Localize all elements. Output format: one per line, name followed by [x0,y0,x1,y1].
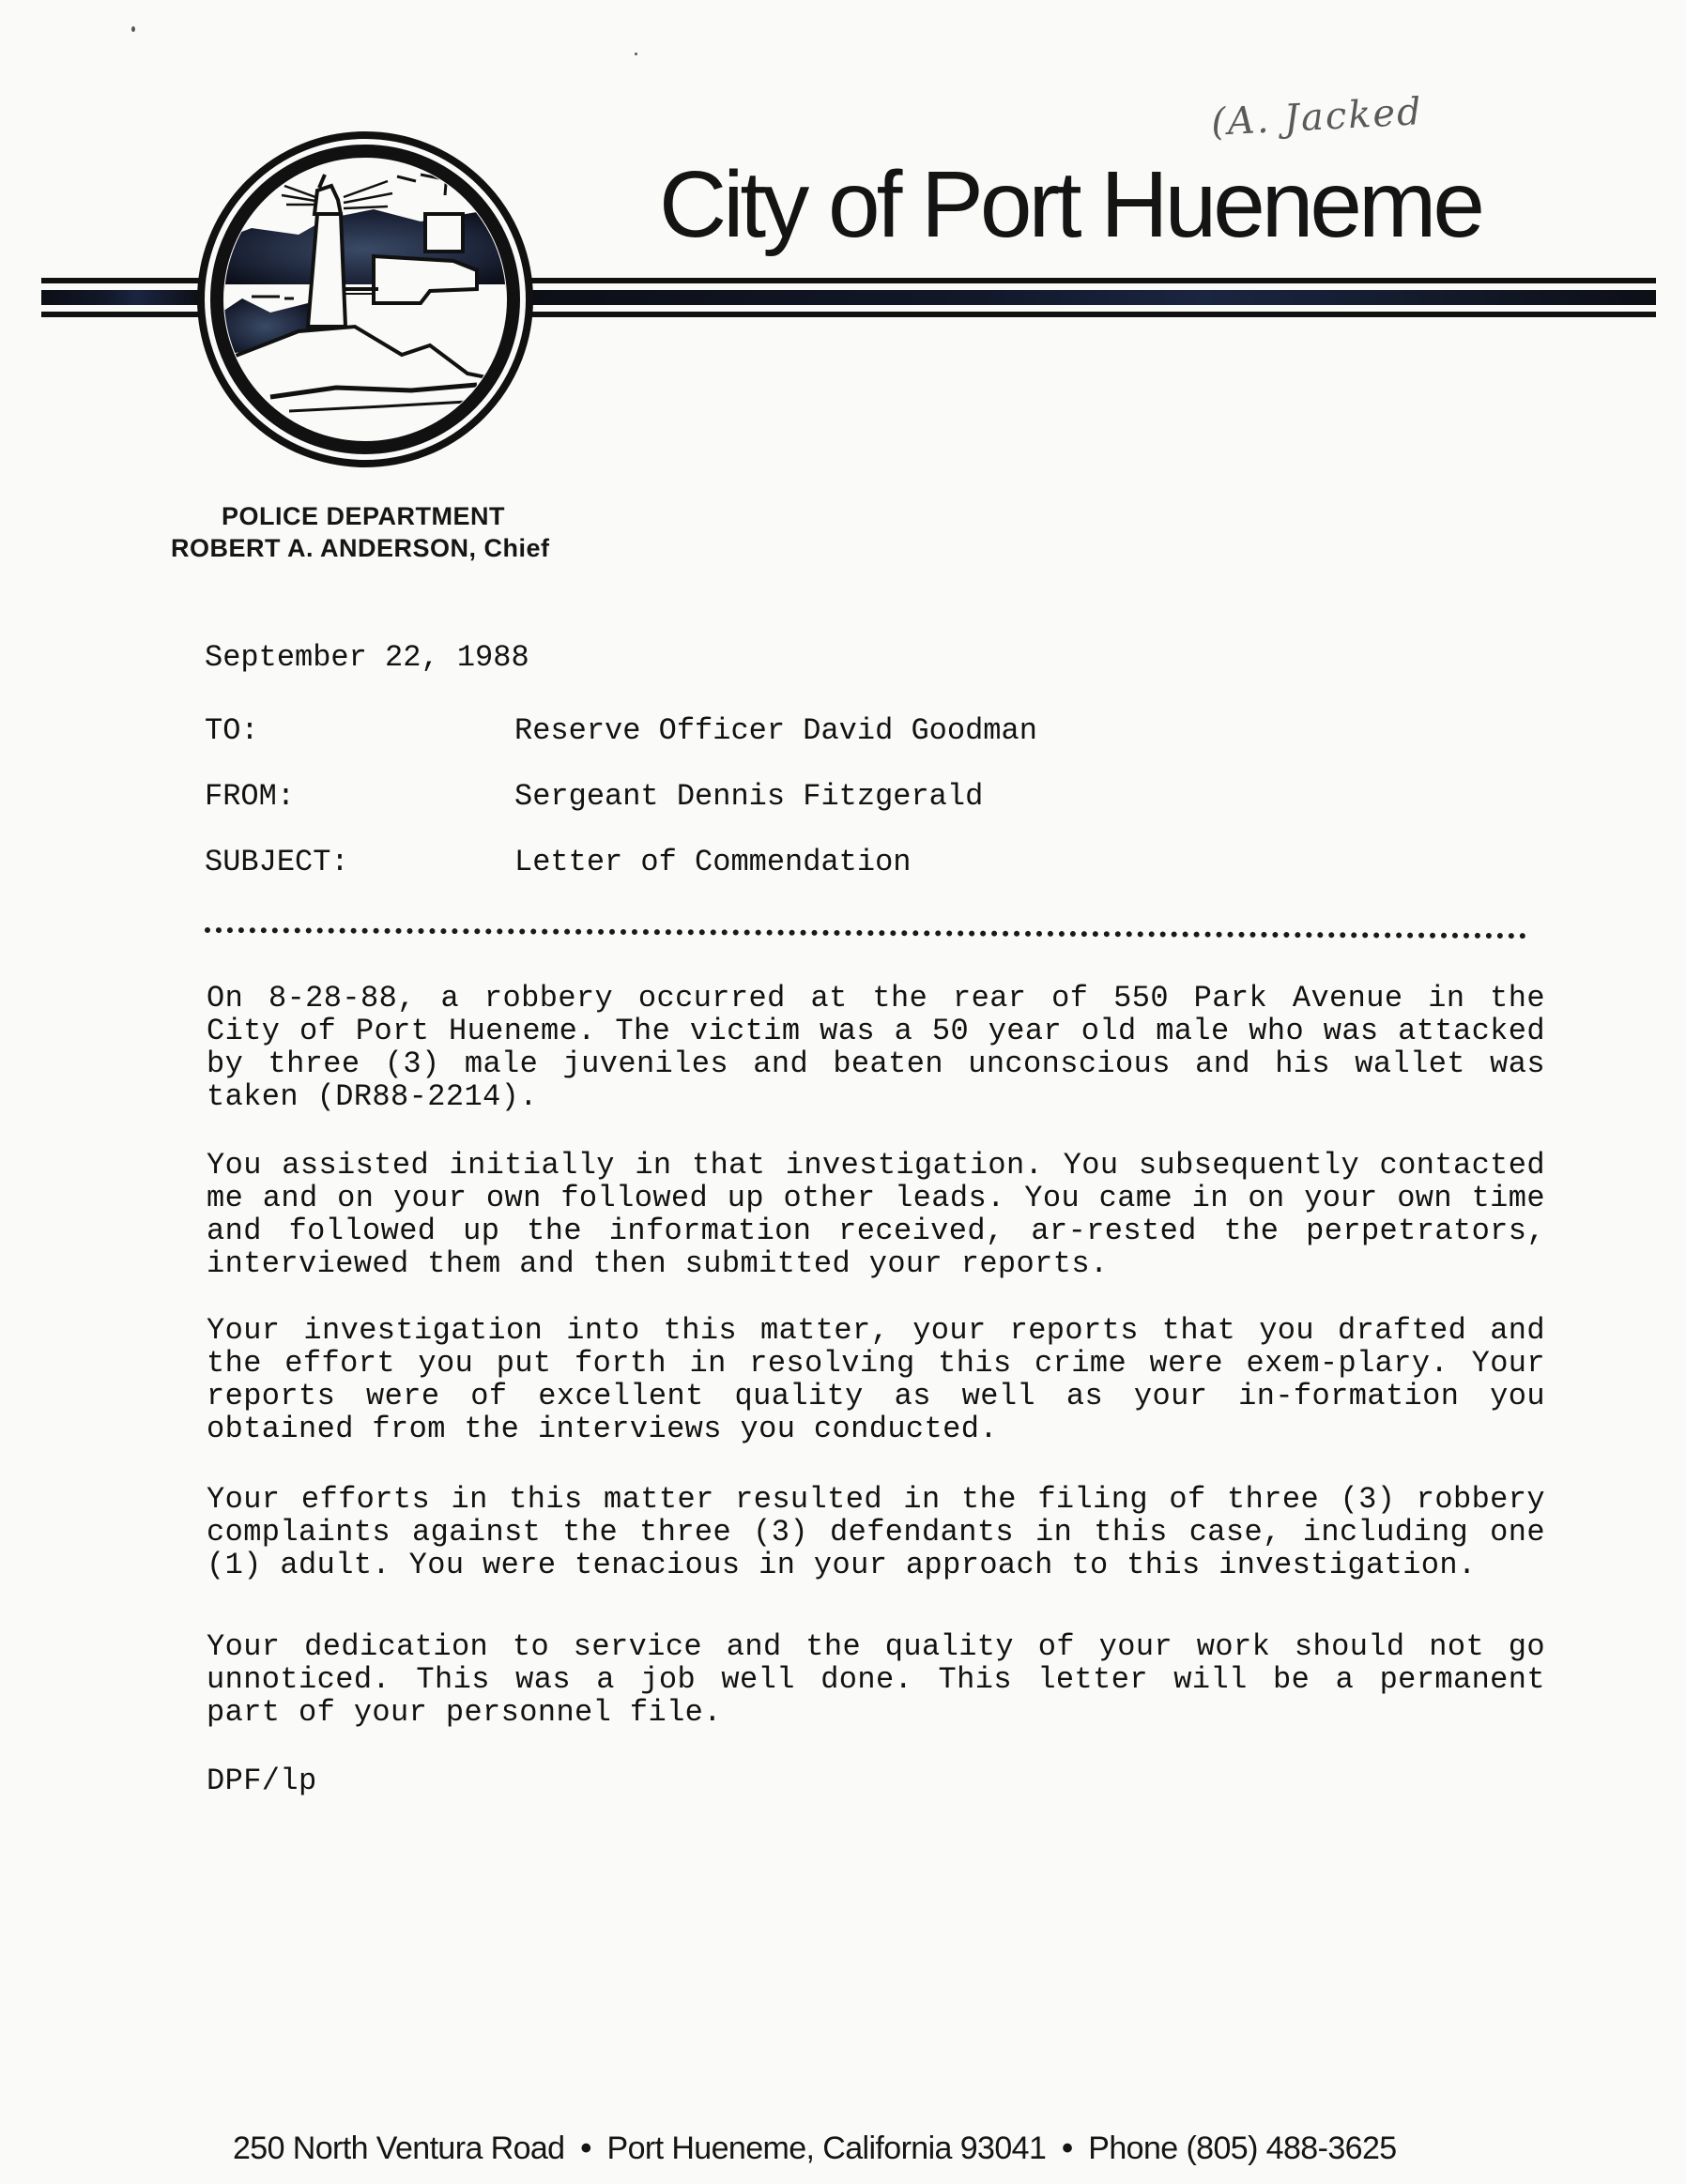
scan-speck [131,26,135,32]
memo-subject-label: SUBJECT: [205,845,514,879]
lighthouse-harbor-seal-icon [195,130,535,469]
memo-from-value: Sergeant Dennis Fitzgerald [514,779,983,814]
handwritten-annotation: (A. Jacked [1210,90,1424,145]
memo-to-row: TO: Reserve Officer David Goodman [205,713,1037,748]
memo-from-label: FROM: [205,779,514,814]
letterhead-title: City of Port Hueneme [659,158,1481,252]
footer-address: 250 North Ventura Road • Port Hueneme, C… [233,2131,1397,2167]
memo-to-label: TO: [205,713,514,748]
letter-body: On 8-28-88, a robbery occurred at the re… [207,982,1545,1824]
dashed-separator [205,927,1526,939]
body-paragraph: Your investigation into this matter, you… [207,1314,1545,1445]
memo-date: September 22, 1988 [205,640,529,675]
body-paragraph: Your dedication to service and the quali… [207,1630,1545,1729]
body-paragraph: On 8-28-88, a robbery occurred at the re… [207,982,1545,1113]
department-block: POLICE DEPARTMENT ROBERT A. ANDERSON, Ch… [171,501,550,565]
memo-to-value: Reserve Officer David Goodman [514,713,1037,748]
chief-line: ROBERT A. ANDERSON, Chief [171,533,550,565]
scan-speck [635,53,637,55]
body-paragraph: You assisted initially in that investiga… [207,1149,1545,1280]
memo-from-row: FROM: Sergeant Dennis Fitzgerald [205,779,983,814]
memo-subject-row: SUBJECT: Letter of Commendation [205,845,911,879]
chief-name: ROBERT A. ANDERSON, [171,534,477,562]
memo-subject-value: Letter of Commendation [514,845,911,879]
department-name: POLICE DEPARTMENT [171,501,550,533]
chief-title: Chief [484,534,550,562]
typist-initials: DPF/lp [207,1764,1545,1797]
footer-bullet: • [573,2131,598,2166]
footer-bullet: • [1054,2131,1080,2166]
footer-street: 250 North Ventura Road [233,2131,565,2166]
body-paragraph: Your efforts in this matter resulted in … [207,1483,1545,1581]
footer-city: Port Hueneme, California 93041 [607,2131,1047,2166]
footer-phone: Phone (805) 488-3625 [1088,2131,1396,2166]
